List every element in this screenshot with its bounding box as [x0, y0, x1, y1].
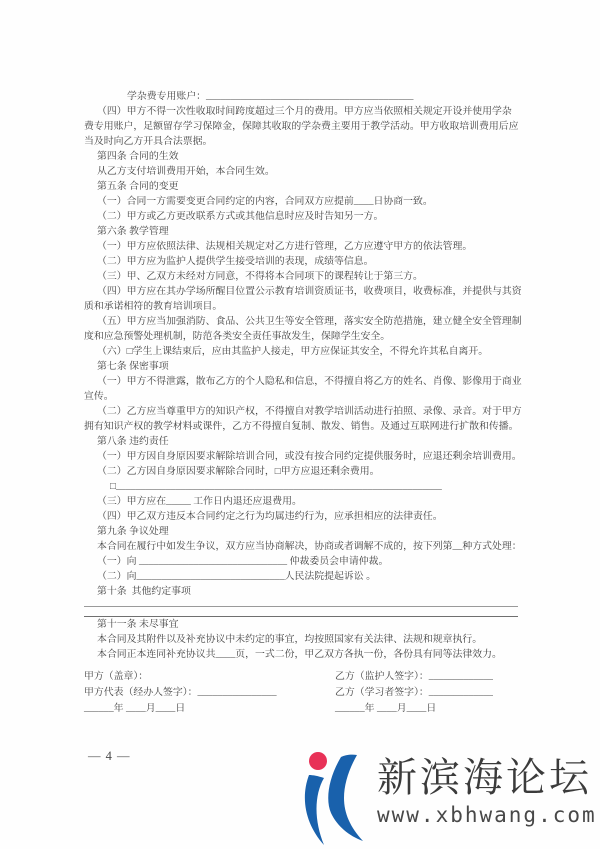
- clause-heading-6: 第六条 教学管理: [84, 224, 518, 239]
- site-url: www.xbhwang.com: [377, 802, 597, 828]
- doc-line: 本合同及其附件以及补充协议中未约定的事宜，均按照国家有关法律、法规和规章执行。: [84, 632, 518, 647]
- logo-red-dot-icon: [309, 752, 327, 770]
- clause-heading-9: 第九条 争议处理: [84, 524, 518, 539]
- doc-line: （一）甲方因自身原因要求解除培训合同，或没有按合同约定提供服务时，应退还剩余培训…: [84, 449, 518, 464]
- doc-line: 本合同在履行中如发生争议，双方应当协商解决，协商或者调解不成的，按下列第__种方…: [84, 539, 518, 554]
- doc-line: 本合同正本连同补充协议共____页，一式二份，甲乙双方各执一份，各份具有同等法律…: [84, 647, 518, 662]
- date-right: ______年 ____月____日: [335, 701, 518, 717]
- doc-line: （二）乙方应当尊重甲方的知识产权，不得擅自对教学培训活动进行拍照、录像、录音。对…: [84, 404, 518, 419]
- signature-block: 甲方（盖章）： 乙方（监护人签字）：_____________ 甲方代表（经办人…: [84, 669, 518, 717]
- checkbox-fill-in-line: □_______________________________________…: [84, 479, 518, 494]
- page-number: — 4 —: [88, 749, 131, 764]
- doc-line: （一）合同一方需要变更合同约定的内容，合同双方应提前____日协商一致。: [84, 194, 518, 209]
- date-left: ______年 ____月____日: [84, 701, 335, 717]
- doc-line: （二）甲方或乙方更改联系方式或其他信息时应及时告知另一方。: [84, 209, 518, 224]
- party-b-learner-label: 乙方（学习者签字）：_____________: [335, 685, 518, 701]
- doc-line: （一）甲方不得泄露，散布乙方的个人隐私和信息，不得擅自将乙方的姓名、肖像、影像用…: [84, 374, 518, 389]
- doc-line: （三）甲方应在_____ 工作日内退还应退费用。: [84, 494, 518, 509]
- doc-line: 费专用账户，足额留存学习保障金，保障其收取的学杂费主要用于教学活动。甲方收取培训…: [84, 119, 518, 134]
- site-name: 新滨海论坛: [377, 756, 597, 800]
- clause-heading-5: 第五条 合同的变更: [84, 179, 518, 194]
- doc-line: 度和应急预警处理机制，防范各类安全责任事故发生，保障学生安全。: [84, 329, 518, 344]
- contract-document-page: 学杂费专用账户：________________________________…: [0, 0, 600, 849]
- logo-text-column: 新滨海论坛 www.xbhwang.com: [377, 745, 597, 828]
- clause-heading-10: 第十条 其他约定事项: [84, 584, 518, 599]
- clause-heading-8: 第八条 违约责任: [84, 434, 518, 449]
- clause-heading-4: 第四条 合同的生效: [84, 149, 518, 164]
- fill-in-rule: [84, 599, 518, 607]
- party-b-guardian-label: 乙方（监护人签字）：_____________: [335, 669, 518, 685]
- doc-line: （四）甲方应在其办学场所醒目位置公示教育培训资质证书，收费项目，收费标准，并提供…: [84, 284, 518, 299]
- doc-line: 宣传。: [84, 389, 518, 404]
- logo-right-stroke: [328, 755, 363, 841]
- clause-heading-7: 第七条 保密事项: [84, 359, 518, 374]
- doc-line: （二）向______________________________人民法院提起…: [84, 569, 518, 584]
- doc-line: （四）甲乙双方违反本合同约定之行为均属违约行为，应承担相应的法律责任。: [84, 509, 518, 524]
- doc-line: （一）向 ______________________________ 仲裁委员…: [84, 554, 518, 569]
- doc-line-with-checkbox: （六）□学生上课结束后，应由其监护人接走，甲方应保证其安全，不得允许其私自离开。: [84, 344, 518, 359]
- doc-line-with-checkbox: （二）乙方因自身原因要求解除合同时，□甲方应退还剩余费用。: [84, 464, 518, 479]
- party-a-rep-label: 甲方代表（经办人签字）：________________: [84, 685, 335, 701]
- doc-line: 从乙方支付培训费用开始，本合同生效。: [84, 164, 518, 179]
- doc-line: 质和承诺相符的教育培训项目。: [84, 299, 518, 314]
- doc-line: 学杂费专用账户：________________________________…: [84, 89, 518, 104]
- contract-body: 学杂费专用账户：________________________________…: [84, 89, 518, 662]
- fill-in-rule: [84, 607, 518, 617]
- doc-line: 拥有知识产权的教学材料或课件，乙方不得擅自复制、散发、销售。及通过互联网进行扩散…: [84, 419, 518, 434]
- logo-left-stroke: [305, 775, 324, 845]
- xbhwang-logo-icon: [301, 745, 373, 847]
- doc-line: 当及时向乙方开具合法票据。: [84, 134, 518, 149]
- clause-heading-11: 第十一条 未尽事宜: [84, 617, 518, 632]
- doc-line: （五）甲方应当加强消防、食品、公共卫生等安全管理，落实安全防范措施，建立健全安全…: [84, 314, 518, 329]
- xbhwang-watermark-logo: 新滨海论坛 www.xbhwang.com: [301, 745, 597, 847]
- doc-line: （四）甲方不得一次性收取时间跨度超过三个月的费用。甲方应当依照相关规定开设并使用…: [84, 104, 518, 119]
- doc-line: （三）甲、乙双方未经对方同意，不得将本合同项下的课程转让于第三方。: [84, 269, 518, 284]
- party-a-seal-label: 甲方（盖章）：: [84, 669, 335, 685]
- doc-line: （一）甲方应依照法律、法规相关规定对乙方进行管理，乙方应遵守甲方的依法管理。: [84, 239, 518, 254]
- doc-line: （二）甲方应为监护人提供学生接受培训的表现，成绩等信息。: [84, 254, 518, 269]
